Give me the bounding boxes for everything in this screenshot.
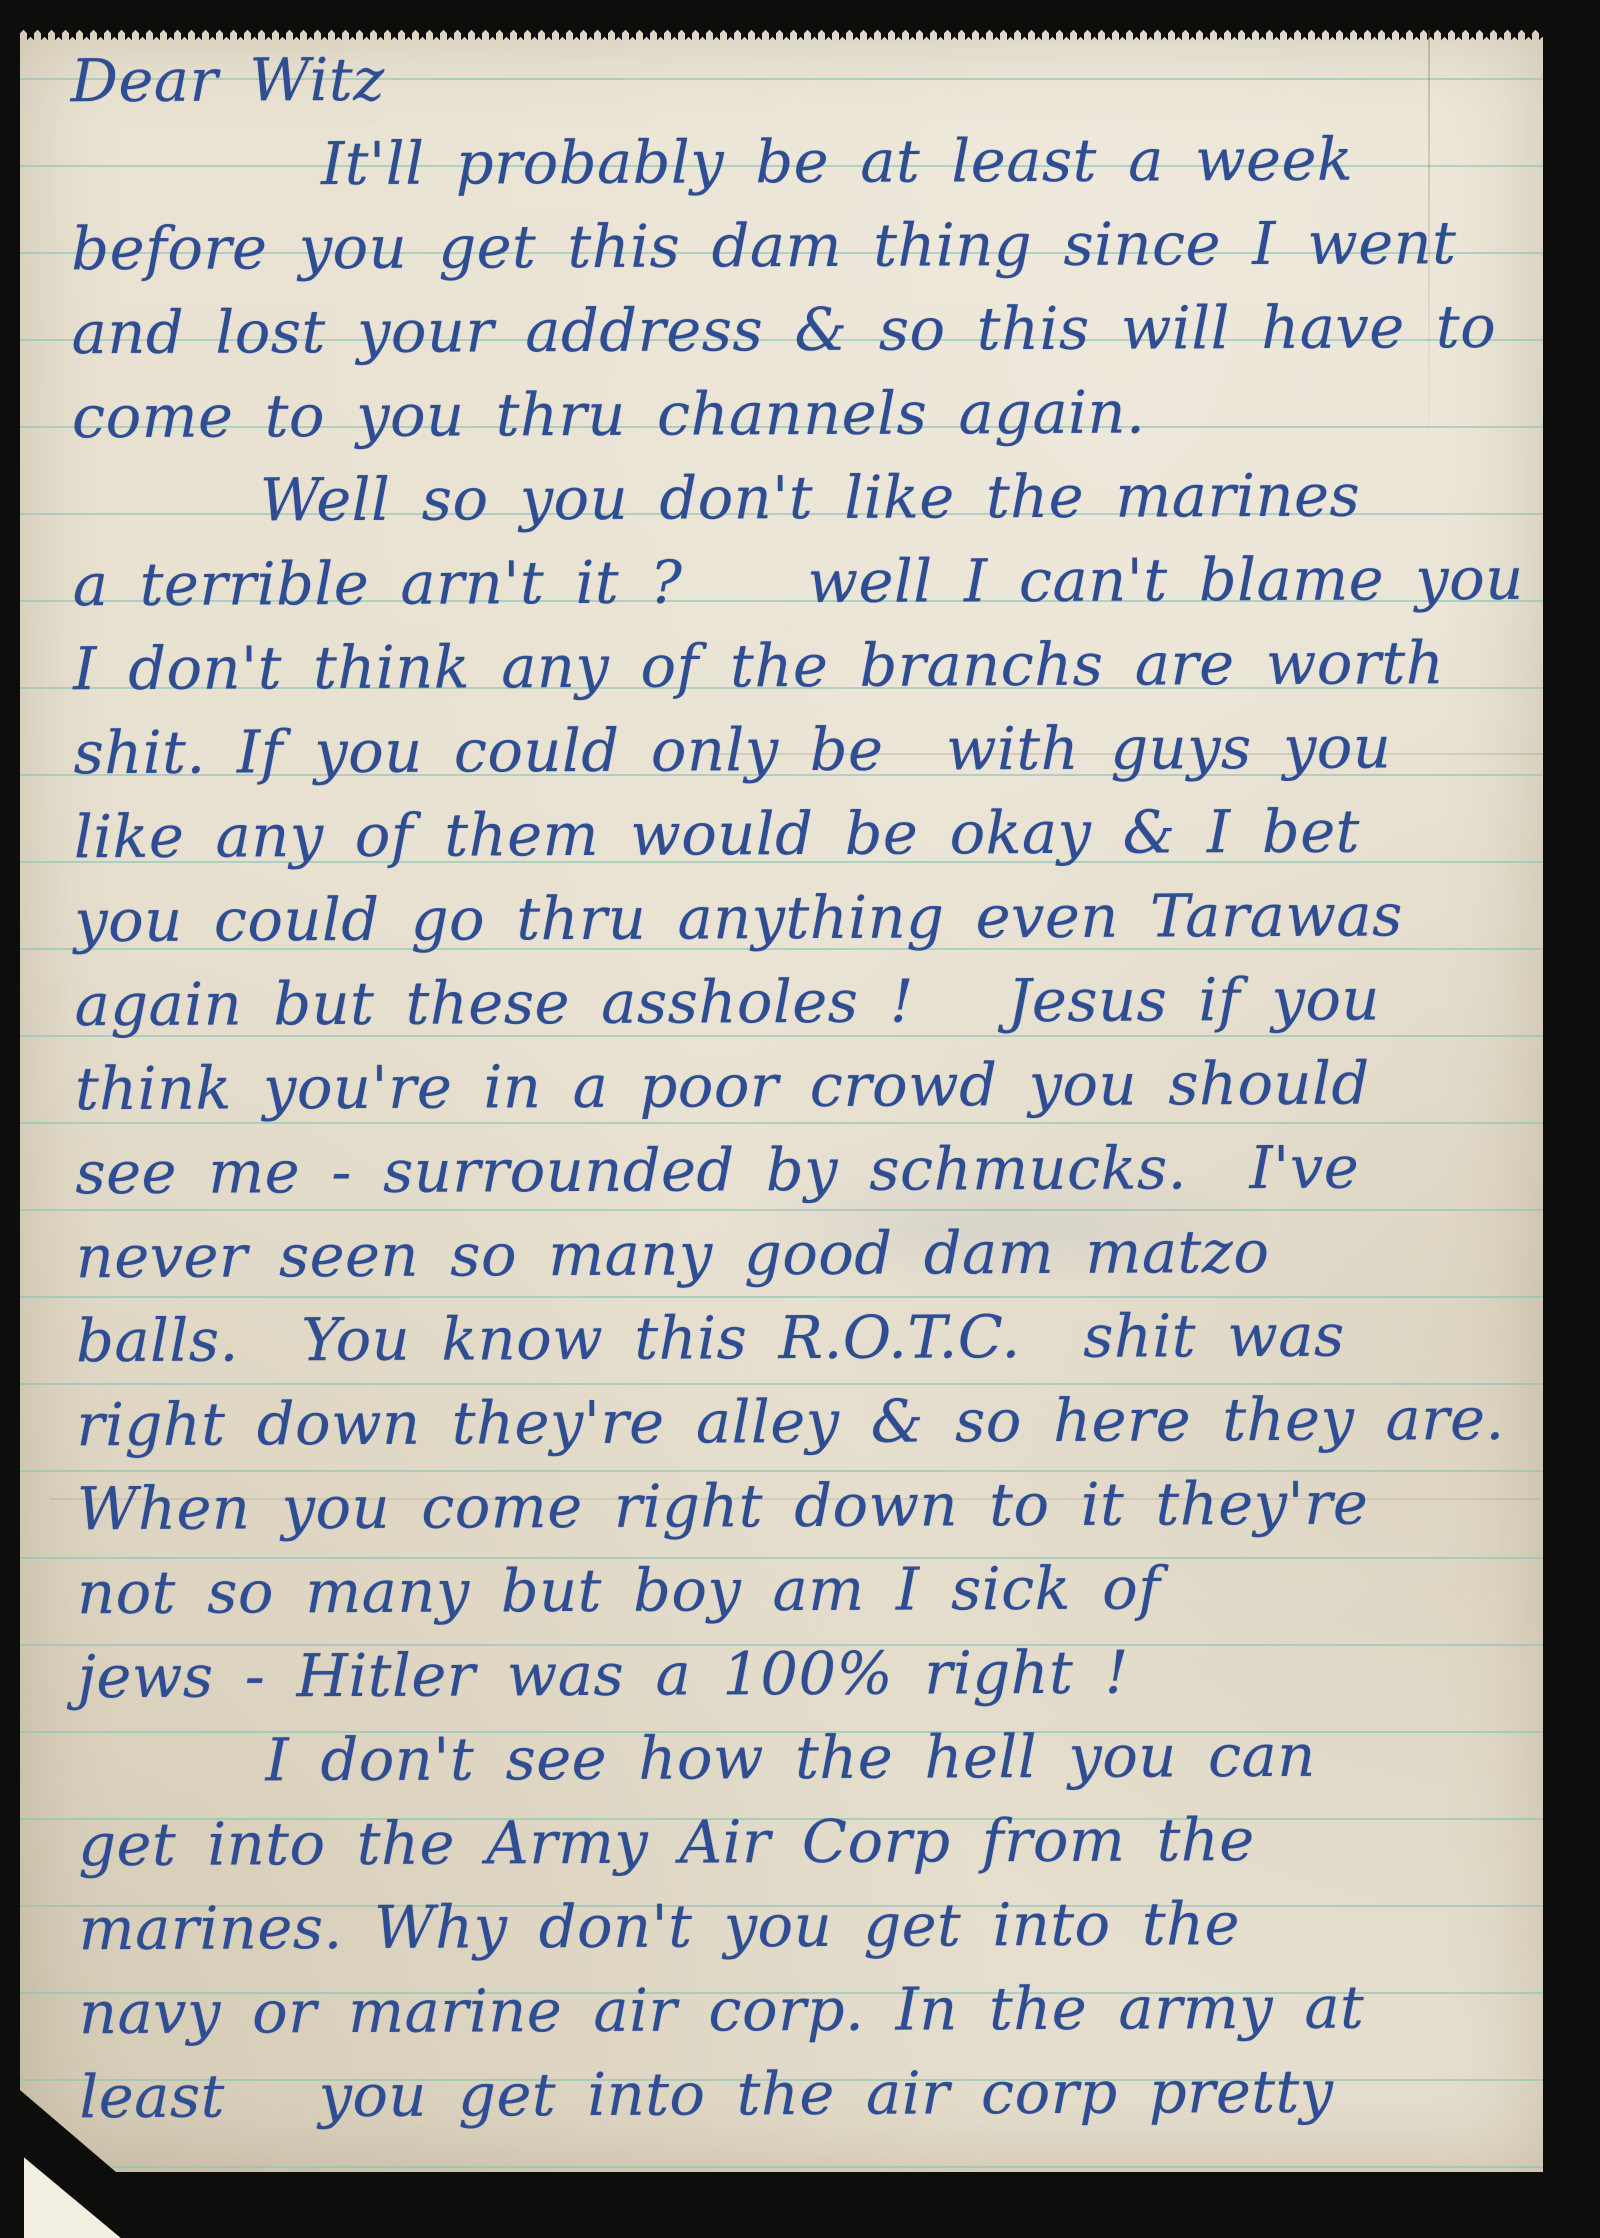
letter-line: When you come right down to it they're — [77, 1461, 1547, 1551]
letter-line: I don't see how the hell you can — [78, 1713, 1548, 1803]
letter-line: like any of them would be okay & I bet — [74, 789, 1544, 879]
letter-line: come to you thru channels again. — [72, 369, 1542, 459]
letter-line: a terrible arn't it ? well I can't blame… — [73, 537, 1543, 627]
letter-line: marines. Why don't you get into the — [78, 1881, 1548, 1971]
letter-line: jews - Hitler was a 100% right ! — [77, 1629, 1547, 1719]
letter-line: again but these assholes ! Jesus if you — [74, 957, 1544, 1047]
letter-line: and lost your address & so this will hav… — [72, 285, 1542, 375]
letter-line: least you get into the air corp pretty — [79, 2049, 1549, 2139]
letter-line: shit. If you could only be with guys you — [73, 705, 1543, 795]
letter-line: see me - surrounded by schmucks. I've — [75, 1125, 1545, 1215]
letter-line: think you're in a poor crowd you should — [75, 1041, 1545, 1131]
letter-line: Well so you don't like the marines — [72, 453, 1542, 543]
letter-line: Dear Witz — [70, 33, 1540, 123]
letter-body: Dear Witz It'll probably be at least a w… — [70, 33, 1549, 2139]
letter-line: I don't think any of the branchs are wor… — [73, 621, 1543, 711]
letter-line: before you get this dam thing since I we… — [71, 201, 1541, 291]
letter-line: not so many but boy am I sick of — [77, 1545, 1547, 1635]
letter-line: balls. You know this R.O.T.C. shit was — [76, 1293, 1546, 1383]
letter-line: get into the Army Air Corp from the — [78, 1797, 1548, 1887]
letter-line: you could go thru anything even Tarawas — [74, 873, 1544, 963]
letter-line: navy or marine air corp. In the army at — [79, 1965, 1549, 2055]
letter-line: It'll probably be at least a week — [71, 117, 1541, 207]
letter-line: right down they're alley & so here they … — [76, 1377, 1546, 1467]
paper-sheet: Dear Witz It'll probably be at least a w… — [20, 30, 1543, 2172]
scanned-letter-page: Dear Witz It'll probably be at least a w… — [0, 0, 1600, 2238]
letter-line: never seen so many good dam matzo — [76, 1209, 1546, 1299]
